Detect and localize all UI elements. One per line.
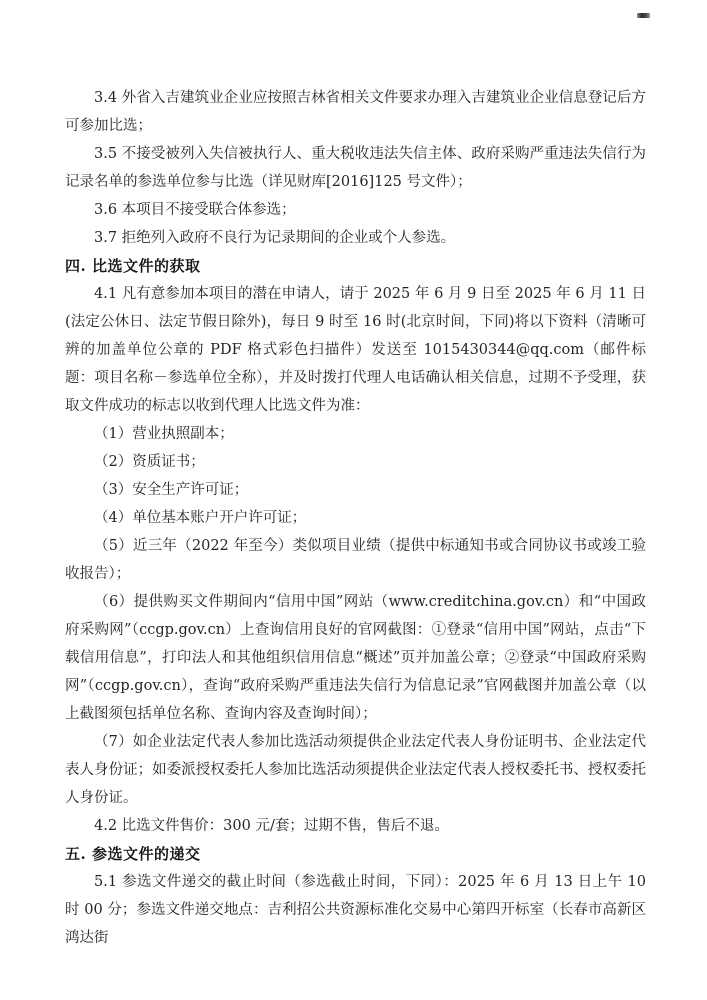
scan-smudge-artifact bbox=[637, 13, 650, 18]
paragraph-3-7: 3.7 拒绝列入政府不良行为记录期间的企业或个人参选。 bbox=[65, 224, 646, 252]
heading-section-4: 四. 比选文件的获取 bbox=[65, 252, 646, 280]
paragraph-4-2: 4.2 比选文件售价：300 元/套；过期不售，售后不退。 bbox=[65, 812, 646, 840]
list-item-3: （3）安全生产许可证； bbox=[65, 476, 646, 504]
paragraph-3-5: 3.5 不接受被列入失信被执行人、重大税收违法失信主体、政府采购严重违法失信行为… bbox=[65, 140, 646, 196]
paragraph-5-1: 5.1 参选文件递交的截止时间（参选截止时间，下同）：2025 年 6 月 13… bbox=[65, 868, 646, 952]
list-item-5: （5）近三年（2022 年至今）类似项目业绩（提供中标通知书或合同协议书或竣工验… bbox=[65, 532, 646, 588]
document-body: 3.4 外省入吉建筑业企业应按照吉林省相关文件要求办理入吉建筑业企业信息登记后方… bbox=[65, 84, 646, 952]
list-item-7: （7）如企业法定代表人参加比选活动须提供企业法定代表人身份证明书、企业法定代表人… bbox=[65, 728, 646, 812]
list-item-4: （4）单位基本账户开户许可证； bbox=[65, 504, 646, 532]
paragraph-3-4: 3.4 外省入吉建筑业企业应按照吉林省相关文件要求办理入吉建筑业企业信息登记后方… bbox=[65, 84, 646, 140]
document-page: 3.4 外省入吉建筑业企业应按照吉林省相关文件要求办理入吉建筑业企业信息登记后方… bbox=[0, 0, 707, 1000]
heading-section-5: 五. 参选文件的递交 bbox=[65, 840, 646, 868]
list-item-2: （2）资质证书； bbox=[65, 448, 646, 476]
list-item-1: （1）营业执照副本； bbox=[65, 420, 646, 448]
paragraph-3-6: 3.6 本项目不接受联合体参选； bbox=[65, 196, 646, 224]
paragraph-4-1: 4.1 凡有意参加本项目的潜在申请人，请于 2025 年 6 月 9 日至 20… bbox=[65, 280, 646, 420]
list-item-6: （6）提供购买文件期间内“信用中国”网站（www.creditchina.gov… bbox=[65, 588, 646, 728]
